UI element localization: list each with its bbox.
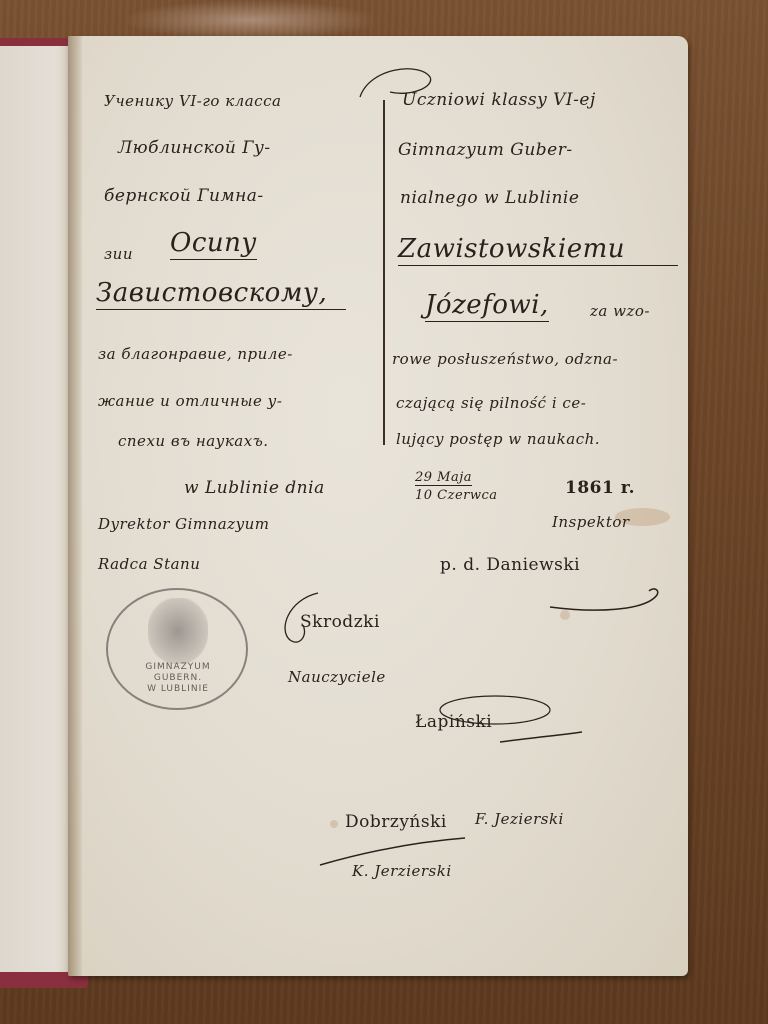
teacher-signature-2: Dobrzyński — [345, 812, 447, 832]
skrodzki-flourish — [278, 585, 358, 655]
date-top: 29 Maja — [415, 470, 472, 486]
official-seal-stamp: GIMNAZYUM GUBERN. W LUBLINIE — [106, 588, 248, 710]
stain — [330, 820, 338, 828]
ru-line-4-prefix: зии — [104, 245, 133, 263]
pl-line-7: czającą się pilność i ce- — [396, 394, 586, 412]
ru-surname: Завистовскому, — [96, 278, 346, 310]
pl-line-8: lujący postęp w naukach. — [396, 430, 600, 448]
date-prefix: w Lublinie dnia — [184, 478, 325, 498]
teacher-signature-3: F. Jezierski — [475, 810, 564, 828]
pl-line-3: nialnego w Lublinie — [400, 188, 579, 208]
ru-line-9: спехи въ наукахъ. — [118, 432, 268, 450]
inspector-title: Inspektor — [552, 513, 630, 531]
pl-line-2: Gimnazyum Guber- — [398, 140, 573, 160]
stamp-text-line-1: GIMNAZYUM GUBERN. — [120, 662, 236, 684]
teachers-title: Nauczyciele — [288, 668, 386, 686]
ru-line-1: Ученику VI-го класса — [104, 92, 281, 110]
column-divider — [383, 100, 385, 445]
pl-line-6: rowe posłuszeństwo, odzna- — [392, 350, 618, 368]
teacher-1-flourish — [430, 690, 590, 750]
inspector-signature: p. d. Daniewski — [440, 555, 580, 575]
light-glare — [120, 0, 380, 40]
page-gutter — [68, 36, 82, 976]
stamp-text-line-2: W LUBLINIE — [120, 684, 236, 695]
pl-line-5-suffix: za wzo- — [590, 302, 650, 320]
ru-line-2: Люблинской Гу- — [118, 138, 271, 158]
director-title: Dyrektor Gimnazyum — [98, 515, 270, 533]
stamp-text: GIMNAZYUM GUBERN. W LUBLINIE — [120, 662, 236, 695]
director-name: Radca Stanu — [98, 555, 200, 573]
pl-surname: Zawistowskiemu — [398, 234, 678, 266]
date-bottom: 10 Czerwca — [415, 488, 498, 503]
double-headed-eagle-icon — [148, 598, 208, 664]
inspector-flourish — [545, 585, 665, 615]
ru-line-3: бернской Гимна- — [104, 186, 264, 206]
ru-line-8: жание и отличные у- — [98, 392, 282, 410]
pl-first-name: Józefowi, — [425, 290, 549, 322]
ru-first-name: Осипу — [170, 228, 257, 260]
teacher-signature-4: K. Jerzierski — [352, 862, 452, 880]
ru-line-7: за благонравие, прилe- — [98, 345, 293, 363]
year: 1861 r. — [565, 478, 635, 498]
pl-line-1: Uczniowi klassy VI-ej — [402, 90, 596, 110]
